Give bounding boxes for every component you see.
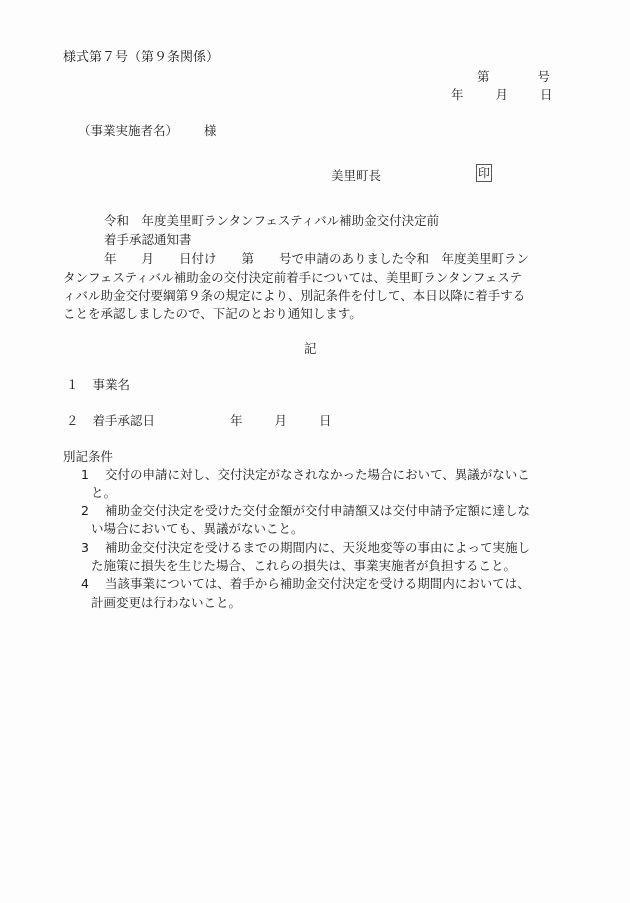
condition-number: 2 [81,503,89,518]
condition-3-line1: 3補助金交付決定を受けるまでの期間内に、天災地変等の事由によって実施し [81,538,530,556]
condition-text: 補助金交付決定を受けた交付金額が交付申請額又は交付申請予定額に達しな [105,503,530,518]
doc-date: 年 月 日 [451,85,552,103]
ki-heading: 記 [304,339,317,357]
condition-4-line2: 計画変更は行わないこと。 [91,593,241,611]
body-line1: 年 月 日付け 第 号で申請のありました令和 年度美里町ラン [104,249,529,267]
doc-number-prefix: 第 [477,69,490,84]
body-line3: ィバル助金交付要綱第９条の規定により、別記条件を付して、本日以降に着手する [63,286,525,304]
addressee: （事業実施者名） 様 [78,121,217,139]
item-number: ２ [66,413,79,428]
condition-4-line1: 4当該事業については、着手から補助金交付決定を受ける期間内においては、 [81,574,530,592]
condition-number: 4 [81,576,89,591]
condition-1-line2: と。 [91,483,116,501]
doc-number: 第 号 [477,67,550,85]
item-date-fields: 年 月 日 [230,411,331,429]
item-label: 着手承認日 [92,413,155,428]
item-date-month: 月 [274,413,287,428]
addressee-name: （事業実施者名） [78,123,178,138]
doc-date-year: 年 [451,87,464,102]
condition-text: 交付の申請に対し、交付決定がなされなかった場合において、異議がないこ [105,467,530,482]
condition-text: 補助金交付決定を受けるまでの期間内に、天災地変等の事由によって実施し [105,540,530,555]
item-number: １ [66,377,79,392]
item-label: 事業名 [92,377,130,392]
condition-text: 当該事業については、着手から補助金交付決定を受ける期間内においては、 [105,576,530,591]
item-date-day: 日 [319,413,332,428]
condition-2-line1: 2補助金交付決定を受けた交付金額が交付申請額又は交付申請予定額に達しな [81,501,530,519]
form-label: 様式第７号（第９条関係） [63,46,219,65]
item-start-approval-date: ２ 着手承認日 [66,411,155,429]
issuer-title: 美里町長 [331,166,381,184]
doc-title-line1: 令和 年度美里町ランタンフェスティバル補助金交付決定前 [104,211,439,229]
doc-number-suffix: 号 [537,69,550,84]
condition-number: 3 [81,540,89,555]
body-line4: ことを承認しましたので、下記のとおり通知します。 [63,304,362,322]
body-line2: タンフェスティバル補助金の交付決定前着手については、美里町ランタンフェステ [63,268,522,286]
seal-mark: 印 [476,164,492,182]
condition-2-line2: い場合においても、異議がないこと。 [91,519,304,537]
item-business-name: １ 事業名 [66,375,130,393]
condition-3-line2: た施策に損失を生じた場合、これらの損失は、事業実施者が負担すること。 [91,556,516,574]
seal-icon: 印 [476,164,492,182]
condition-1-line1: 1交付の申請に対し、交付決定がなされなかった場合において、異議がないこ [81,465,530,483]
condition-number: 1 [81,467,89,482]
doc-date-month: 月 [495,87,508,102]
doc-title-line2: 着手承認通知書 [104,230,192,248]
item-date-year: 年 [230,413,243,428]
conditions-heading: 別記条件 [63,447,113,465]
addressee-honorific: 様 [204,123,217,138]
doc-date-day: 日 [540,87,553,102]
